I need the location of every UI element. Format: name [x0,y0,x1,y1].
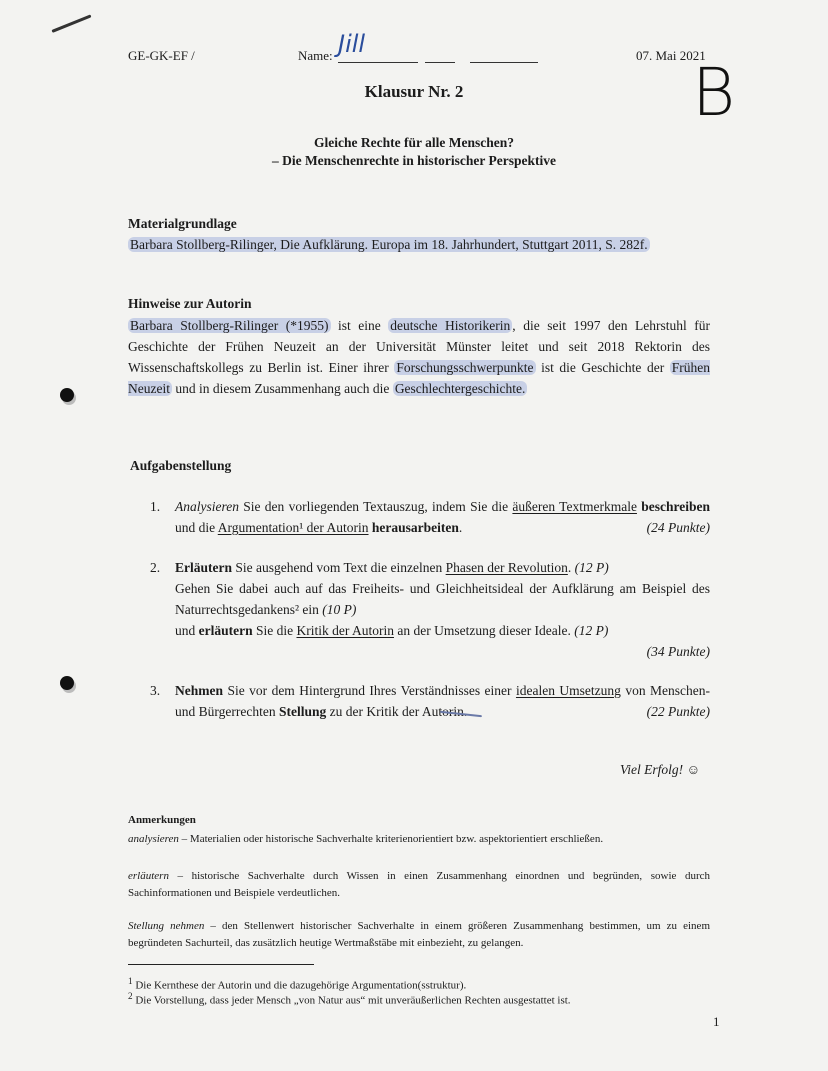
student-name: Jill [338,30,365,58]
exam-subtitle: Gleiche Rechte für alle Menschen? [0,135,828,151]
pen-mark [51,14,91,33]
footnote: 2 Die Vorstellung, dass jeder Mensch „vo… [128,989,571,1009]
page-number: 1 [713,1014,720,1030]
note-item: Stellung nehmen – den Stellenwert histor… [128,918,710,952]
name-line [470,62,538,63]
task-points: (22 Punkte) [647,701,710,722]
exam-title: Klausur Nr. 2 [0,82,828,102]
task-points: (24 Punkte) [647,517,710,538]
note-item: erläutern – historische Sachverhalte dur… [128,868,710,902]
name-line [338,62,418,63]
task-item: 2.Erläutern Sie ausgehend vom Text die e… [150,557,710,662]
closing-greeting: Viel Erfolg! ☺ [620,762,700,778]
author-info: Barbara Stollberg-Rilinger (*1955) ist e… [128,315,710,399]
material-source: Barbara Stollberg-Rilinger, Die Aufkläru… [128,234,712,255]
task-item: 3.Nehmen Sie vor dem Hintergrund Ihres V… [150,680,710,722]
course-code: GE-GK-EF / [128,48,195,64]
name-line [425,62,455,63]
exam-subtitle: – Die Menschenrechte in historischer Per… [0,153,828,169]
tasks-heading: Aufgabenstellung [130,458,231,474]
footnote-divider [128,964,314,965]
name-label: Name: [298,48,333,64]
punch-hole [60,676,74,690]
note-item: analysieren – Materialien oder historisc… [128,831,710,848]
punch-hole [60,388,74,402]
task-points: (34 Punkte) [647,641,710,662]
task-body: Nehmen Sie vor dem Hintergrund Ihres Ver… [175,680,710,722]
author-heading: Hinweise zur Autorin [128,296,252,312]
task-body: Analysieren Sie den vorliegenden Textaus… [175,496,710,538]
notes-heading: Anmerkungen [128,814,196,826]
task-body: Erläutern Sie ausgehend vom Text die ein… [175,557,710,641]
task-item: 1.Analysieren Sie den vorliegenden Texta… [150,496,710,538]
material-heading: Materialgrundlage [128,216,237,232]
